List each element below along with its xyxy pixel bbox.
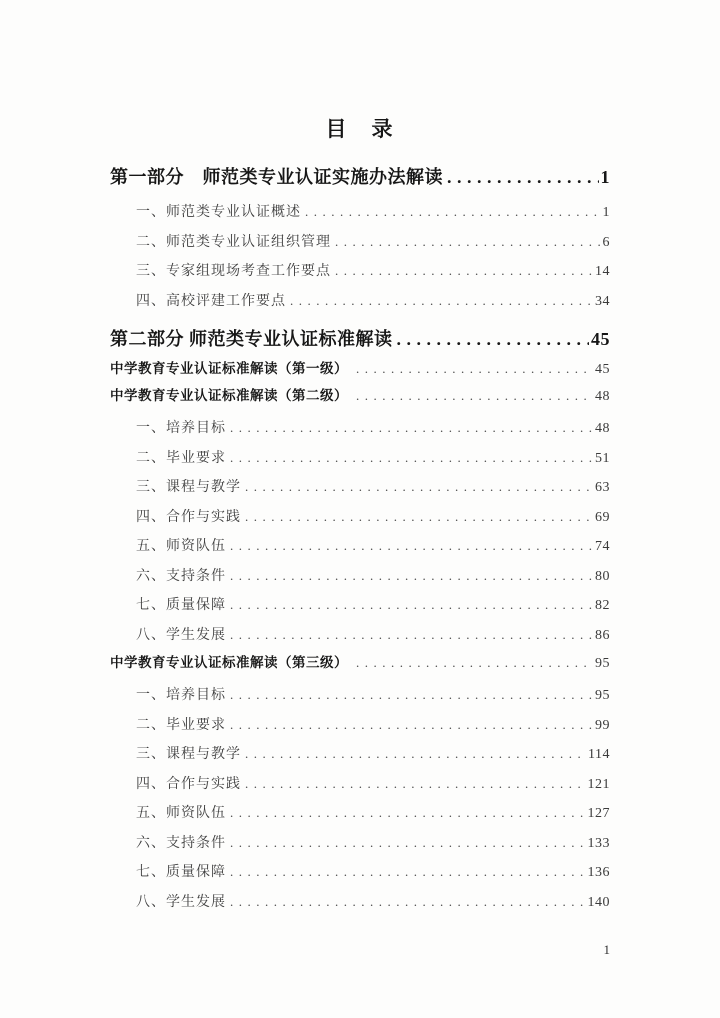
toc-entry-label: 四、高校评建工作要点: [110, 288, 286, 317]
toc-entry-label: 七、质量保障: [110, 859, 226, 888]
toc-leader-dots: [230, 532, 593, 561]
page-title: 目 录: [110, 116, 610, 142]
toc-leader-dots: [230, 888, 586, 917]
toc-page-number: 82: [595, 592, 610, 621]
footer-page-number: 1: [604, 942, 611, 958]
toc-page-number: 51: [595, 445, 610, 474]
toc-entry-label: 三、课程与教学: [110, 474, 241, 503]
toc-page-number: 63: [595, 474, 610, 503]
toc-entry-item: 四、合作与实践 69: [110, 503, 610, 533]
toc-entry-chapter: 中学教育专业认证标准解读（第三级） 95: [110, 650, 610, 677]
toc-leader-dots: [230, 711, 593, 740]
toc-entry-label: 二、师范类专业认证组织管理: [110, 229, 331, 258]
toc-leader-dots: [230, 829, 586, 858]
toc-leader-dots: [230, 799, 586, 828]
toc-entry-item: 三、专家组现场考查工作要点 14: [110, 257, 610, 287]
toc-content: 目 录 第一部分 师范类专业认证实施办法解读 1 一、师范类专业认证概述 1 二…: [110, 0, 610, 917]
toc-entry-label: 四、合作与实践: [110, 504, 241, 533]
toc-entry-item: 三、课程与教学 114: [110, 740, 610, 770]
toc-leader-dots: [230, 681, 593, 710]
toc-entry-label: 第一部分 师范类专业认证实施办法解读: [110, 162, 443, 192]
toc-leader-dots: [245, 503, 593, 532]
toc-leader-dots: [335, 257, 593, 286]
toc-entry-label: 七、质量保障: [110, 592, 226, 621]
toc-entry-chapter: 中学教育专业认证标准解读（第二级） 48: [110, 383, 610, 410]
toc-leader-dots: [230, 621, 593, 650]
toc-entry-item: 六、支持条件 80: [110, 562, 610, 592]
toc-entry-item: 五、师资队伍 74: [110, 532, 610, 562]
toc-entry-label: 一、培养目标: [110, 415, 226, 444]
toc-leader-dots: [245, 740, 586, 769]
toc-entry-label: 八、学生发展: [110, 622, 226, 651]
toc-page-number: 95: [595, 651, 610, 677]
toc-entry-item: 三、课程与教学 63: [110, 473, 610, 503]
toc-leader-dots: [305, 198, 601, 227]
toc-entry-part-2: 第二部分 师范类专业认证标准解读 45: [110, 324, 610, 354]
table-of-contents: 第一部分 师范类专业认证实施办法解读 1 一、师范类专业认证概述 1 二、师范类…: [110, 162, 610, 917]
toc-entry-label: 中学教育专业认证标准解读（第三级）: [110, 650, 348, 676]
toc-entry-item: 一、师范类专业认证概述 1: [110, 198, 610, 228]
toc-page-number: 74: [595, 533, 610, 562]
toc-page-number: 48: [595, 415, 610, 444]
toc-entry-item: 七、质量保障 82: [110, 591, 610, 621]
toc-page-number: 95: [595, 682, 610, 711]
toc-page-number: 48: [595, 384, 610, 410]
toc-page-number: 140: [588, 889, 611, 918]
toc-entry-part-1: 第一部分 师范类专业认证实施办法解读 1: [110, 162, 610, 192]
toc-entry-label: 五、师资队伍: [110, 800, 226, 829]
toc-entry-label: 第二部分 师范类专业认证标准解读: [110, 324, 393, 354]
toc-entry-label: 三、专家组现场考查工作要点: [110, 258, 331, 287]
toc-leader-dots: [356, 356, 593, 382]
toc-page-number: 1: [603, 199, 611, 228]
document-page: 目 录 第一部分 师范类专业认证实施办法解读 1 一、师范类专业认证概述 1 二…: [0, 0, 720, 1018]
toc-leader-dots: [447, 162, 599, 192]
toc-entry-label: 一、培养目标: [110, 682, 226, 711]
toc-entry-item: 四、合作与实践 121: [110, 770, 610, 800]
toc-page-number: 45: [595, 357, 610, 383]
toc-leader-dots: [230, 562, 593, 591]
toc-entry-item: 二、毕业要求 99: [110, 711, 610, 741]
toc-leader-dots: [230, 444, 593, 473]
toc-leader-dots: [290, 287, 593, 316]
toc-leader-dots: [245, 473, 593, 502]
toc-page-number: 14: [595, 258, 610, 287]
toc-leader-dots: [356, 383, 593, 409]
toc-entry-item: 四、高校评建工作要点 34: [110, 287, 610, 317]
toc-page-number: 133: [588, 830, 611, 859]
toc-page-number: 45: [591, 324, 610, 354]
toc-entry-item: 八、学生发展 86: [110, 621, 610, 651]
toc-page-number: 6: [603, 229, 611, 258]
toc-entry-label: 四、合作与实践: [110, 771, 241, 800]
toc-page-number: 34: [595, 288, 610, 317]
toc-entry-item: 一、培养目标 48: [110, 414, 610, 444]
toc-entry-item: 六、支持条件 133: [110, 829, 610, 859]
toc-entry-label: 八、学生发展: [110, 889, 226, 918]
toc-entry-label: 六、支持条件: [110, 830, 226, 859]
toc-page-number: 121: [588, 771, 611, 800]
toc-entry-label: 二、毕业要求: [110, 712, 226, 741]
toc-page-number: 80: [595, 563, 610, 592]
toc-leader-dots: [230, 591, 593, 620]
toc-entry-label: 五、师资队伍: [110, 533, 226, 562]
toc-entry-label: 中学教育专业认证标准解读（第一级）: [110, 356, 348, 382]
toc-leader-dots: [397, 324, 590, 354]
toc-entry-chapter: 中学教育专业认证标准解读（第一级） 45: [110, 356, 610, 383]
toc-entry-item: 二、毕业要求 51: [110, 444, 610, 474]
toc-leader-dots: [230, 414, 593, 443]
toc-page-number: 127: [588, 800, 611, 829]
toc-page-number: 86: [595, 622, 610, 651]
toc-entry-item: 二、师范类专业认证组织管理 6: [110, 228, 610, 258]
toc-entry-label: 中学教育专业认证标准解读（第二级）: [110, 383, 348, 409]
toc-entry-item: 五、师资队伍 127: [110, 799, 610, 829]
toc-page-number: 136: [588, 859, 611, 888]
toc-leader-dots: [245, 770, 586, 799]
toc-entry-label: 三、课程与教学: [110, 741, 241, 770]
toc-page-number: 99: [595, 712, 610, 741]
toc-entry-label: 一、师范类专业认证概述: [110, 199, 301, 228]
toc-entry-item: 七、质量保障 136: [110, 858, 610, 888]
toc-entry-label: 二、毕业要求: [110, 445, 226, 474]
toc-entry-item: 一、培养目标 95: [110, 681, 610, 711]
toc-page-number: 114: [588, 741, 610, 770]
toc-page-number: 1: [601, 162, 611, 192]
toc-entry-item: 八、学生发展 140: [110, 888, 610, 918]
toc-leader-dots: [335, 228, 601, 257]
toc-entry-label: 六、支持条件: [110, 563, 226, 592]
toc-leader-dots: [356, 650, 593, 676]
toc-leader-dots: [230, 858, 586, 887]
toc-page-number: 69: [595, 504, 610, 533]
